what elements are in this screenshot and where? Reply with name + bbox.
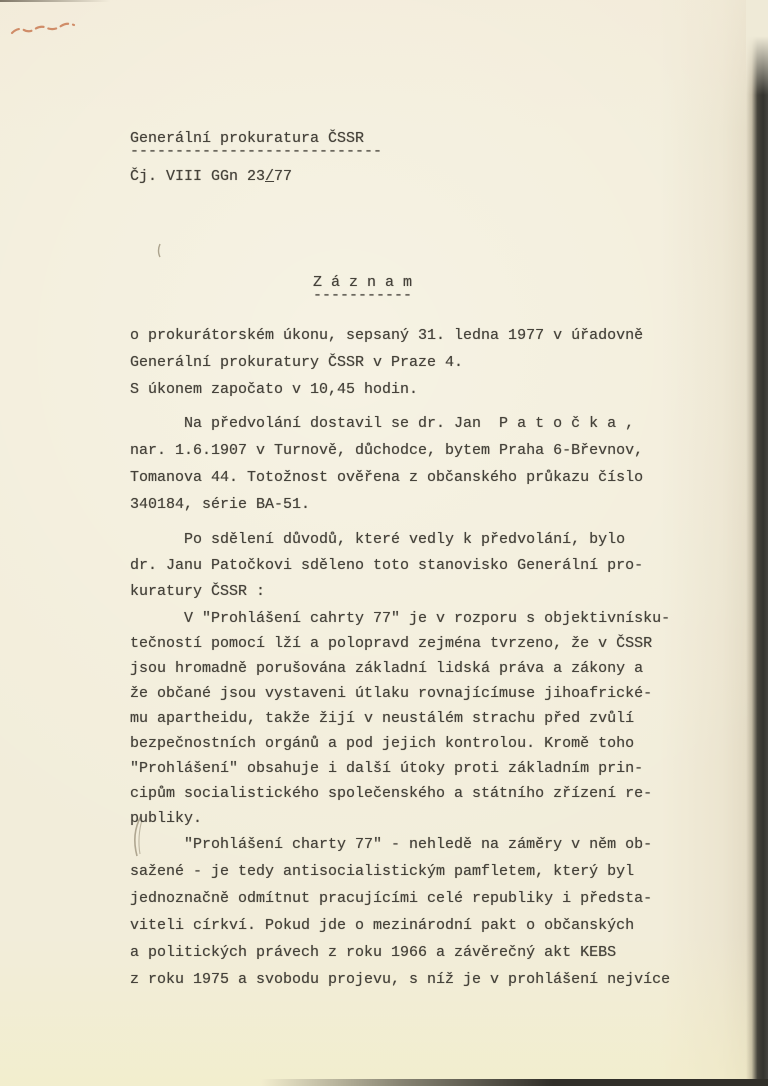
ink-tick-mark	[152, 243, 166, 261]
scan-edge-right	[746, 0, 768, 1086]
reference-number-prefix: Čj. VIII GGn 23	[130, 168, 265, 185]
handwritten-scribble-mark	[10, 18, 82, 42]
reference-number-suffix: 77	[274, 168, 292, 185]
paragraph-position-two: "Prohlášení charty 77" - nehledě na zámě…	[130, 831, 670, 993]
scan-edge-top	[0, 0, 110, 2]
agency-underline: ----------------------------	[130, 139, 382, 165]
paragraph-statement-intro: Po sdělení důvodů, které vedly k předvol…	[130, 527, 643, 605]
document-title-underline: -----------	[313, 283, 412, 309]
reference-number: Čj. VIII GGn 23/77	[130, 164, 292, 190]
reference-number-slash: /	[265, 168, 274, 185]
paragraph-summons: Na předvolání dostavil se dr. Jan P a t …	[130, 410, 643, 518]
scanned-document-page: Generální prokuratura ČSSR -------------…	[0, 0, 768, 1086]
scan-edge-right-fade	[746, 0, 768, 95]
scan-edge-bottom	[0, 1079, 768, 1086]
paragraph-position-one: V "Prohlášení cahrty 77" je v rozporu s …	[130, 606, 670, 831]
paragraph-intro: o prokurátorském úkonu, sepsaný 31. ledn…	[130, 322, 643, 403]
